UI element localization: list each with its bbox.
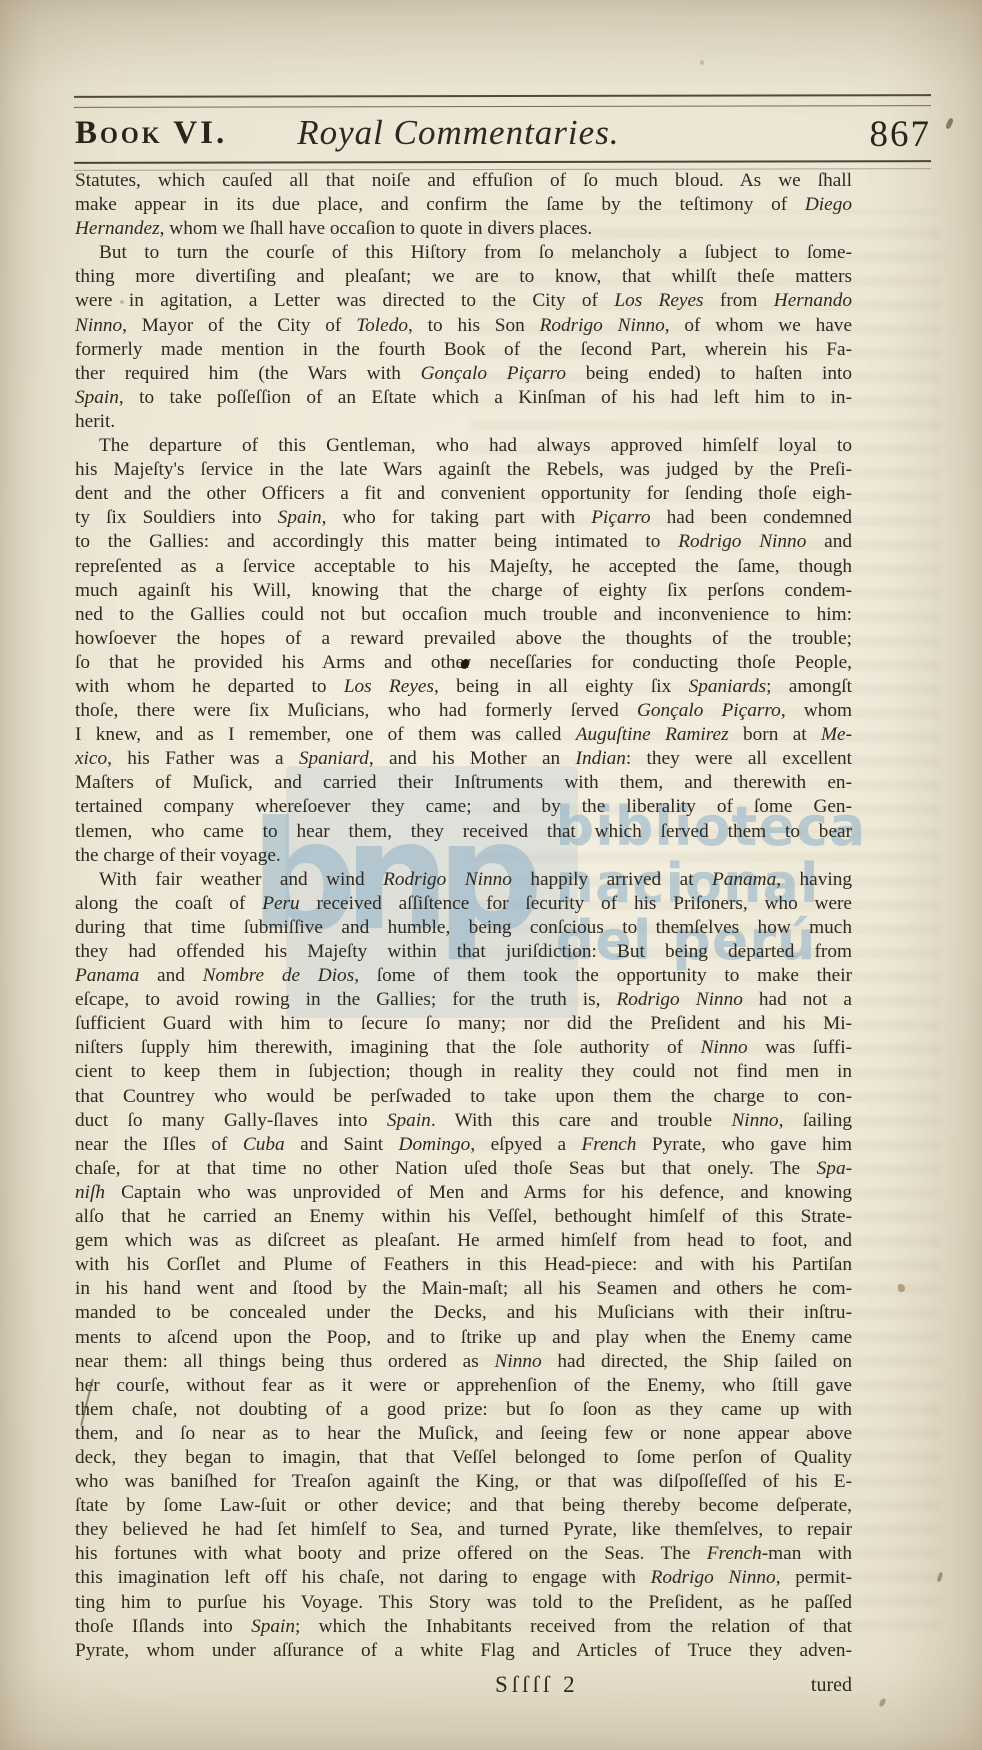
text-line: in his hand went and ſtood by the Main-m…	[75, 1277, 852, 1301]
text-line: With fair weather and wind Rodrigo Ninno…	[75, 868, 852, 892]
text-line: her courſe, without fear as it were or a…	[75, 1374, 852, 1398]
body-text: Statutes, which cauſed all that noiſe an…	[75, 169, 852, 1663]
catchword: tured	[811, 1674, 852, 1697]
text-line: repreſented as a ſervice acceptable to h…	[75, 555, 852, 579]
text-line: who was baniſhed for Treaſon againſt the…	[75, 1470, 852, 1494]
text-line: with whom he departed to Los Reyes, bein…	[75, 675, 852, 699]
text-line: herit.	[75, 410, 852, 434]
text-line: were in agitation, a Letter was directed…	[75, 289, 852, 313]
paper-speck	[898, 1284, 905, 1292]
text-line: this imagination left off his chaſe, not…	[75, 1566, 852, 1590]
text-line: his Majeſty's ſervice in the late Wars a…	[75, 458, 852, 482]
text-line: Panama and Nombre de Dios, ſome of them …	[75, 964, 852, 988]
text-line: ting him to purſue his Voyage. This Stor…	[75, 1591, 852, 1615]
text-line: tlemen, who came to hear them, they rece…	[75, 820, 852, 844]
signature-mark: Sſſſſ 2	[495, 1672, 579, 1698]
text-line: the charge of their voyage.	[75, 844, 852, 868]
text-line: them, and ſo near as to hear the Muſick,…	[75, 1422, 852, 1446]
text-line: make appear in its due place, and confir…	[75, 193, 852, 217]
text-line: ther required him (the Wars with Gonçalo…	[75, 362, 852, 386]
text-line: near the Iſles of Cuba and Saint Domingo…	[75, 1133, 852, 1157]
text-line: ſtate by ſome Law-ſuit or other device; …	[75, 1494, 852, 1518]
text-line: ned to the Gallies could not but occaſio…	[75, 603, 852, 627]
text-line: his fortunes with what booty and prize o…	[75, 1542, 852, 1566]
text-line: along the coaſt of Peru received aſſiſte…	[75, 892, 852, 916]
pen-mark	[878, 1697, 887, 1707]
text-line: xico, his Father was a Spaniard, and his…	[75, 747, 852, 771]
text-line: thoſe, there were ſix Muſicians, who had…	[75, 699, 852, 723]
page-header: Book VI. Royal Commentaries. 867	[75, 104, 931, 158]
text-line: The departure of this Gentleman, who had…	[75, 434, 852, 458]
text-line: near them: all things being thus ordered…	[75, 1350, 852, 1374]
text-line: ty ſix Souldiers into Spain, who for tak…	[75, 506, 852, 530]
text-line: Ninno, Mayor of the City of Toledo, to h…	[75, 314, 852, 338]
header-rule-bottom	[74, 160, 931, 171]
text-line: I knew, and as I remember, one of them w…	[75, 723, 852, 747]
text-line: that Countrey who would be perſwaded to …	[75, 1085, 852, 1109]
book-label: Book VI.	[75, 115, 227, 158]
paragraph: With fair weather and wind Rodrigo Ninno…	[75, 868, 852, 1663]
text-line: Hernandez, whom we ſhall have occaſion t…	[75, 217, 852, 241]
text-line: But to turn the courſe of this Hiſtory f…	[75, 241, 852, 265]
pen-mark	[945, 117, 954, 129]
text-line: during that time ſubmiſſive and humble, …	[75, 916, 852, 940]
text-line: cient to keep them in ſubjection; though…	[75, 1060, 852, 1084]
paper-speck	[700, 60, 704, 65]
text-line: howſoever the hopes of a reward prevaile…	[75, 627, 852, 651]
text-line: them chaſe, not doubting of a good prize…	[75, 1398, 852, 1422]
text-line: dent and the other Officers a fit and co…	[75, 482, 852, 506]
text-line: duct ſo many Gally-ſlaves into Spain. Wi…	[75, 1109, 852, 1133]
text-line: deck, they began to imagin, that that Ve…	[75, 1446, 852, 1470]
text-line: tertained company whereſoever they came;…	[75, 795, 852, 819]
text-line: manded to be concealed under the Decks, …	[75, 1301, 852, 1325]
text-line: niſh Captain who was unprovided of Men a…	[75, 1181, 852, 1205]
text-line: gem which was as diſcreet as pleaſant. H…	[75, 1229, 852, 1253]
text-line: thing more divertiſing and pleaſant; we …	[75, 265, 852, 289]
text-line: to the Gallies: and accordingly this mat…	[75, 530, 852, 554]
text-line: niſters ſupply him therewith, imagining …	[75, 1036, 852, 1060]
text-line: they had offended his Majeſty within tha…	[75, 940, 852, 964]
text-line: formerly made mention in the fourth Book…	[75, 338, 852, 362]
book-page: bnp biblioteca nacional del perú Book VI…	[0, 0, 982, 1750]
text-line: eſcape, to avoid rowing in the Gallies; …	[75, 988, 852, 1012]
paragraph: But to turn the courſe of this Hiſtory f…	[75, 241, 852, 434]
text-line: ments to aſcend upon the Poop, and to ſt…	[75, 1326, 852, 1350]
text-line: Spain, to take poſſeſſion of an Eſtate w…	[75, 386, 852, 410]
paragraph: The departure of this Gentleman, who had…	[75, 434, 852, 868]
text-line: alſo that he carried an Enemy within his…	[75, 1205, 852, 1229]
text-line: Maſters of Muſick, and carried their Inſ…	[75, 771, 852, 795]
text-line: thoſe Iſlands into Spain; which the Inha…	[75, 1615, 852, 1639]
page-number: 867	[870, 113, 932, 158]
text-line: Statutes, which cauſed all that noiſe an…	[75, 169, 852, 193]
text-line: they believed he had ſet himſelf to Sea,…	[75, 1518, 852, 1542]
paragraph: Statutes, which cauſed all that noiſe an…	[75, 169, 852, 241]
paper-speck	[120, 300, 124, 304]
text-line: with his Corſlet and Plume of Feathers i…	[75, 1253, 852, 1277]
text-line: chaſe, for at that time no other Nation …	[75, 1157, 852, 1181]
text-line: Pyrate, whom under aſſurance of a white …	[75, 1639, 852, 1663]
running-title: Royal Commentaries.	[297, 113, 619, 158]
text-line: much againſt his Will, knowing that the …	[75, 579, 852, 603]
text-line: ſufficient Guard with him to ſecure ſo m…	[75, 1012, 852, 1036]
signature-row: Sſſſſ 2 tured	[75, 1672, 852, 1700]
